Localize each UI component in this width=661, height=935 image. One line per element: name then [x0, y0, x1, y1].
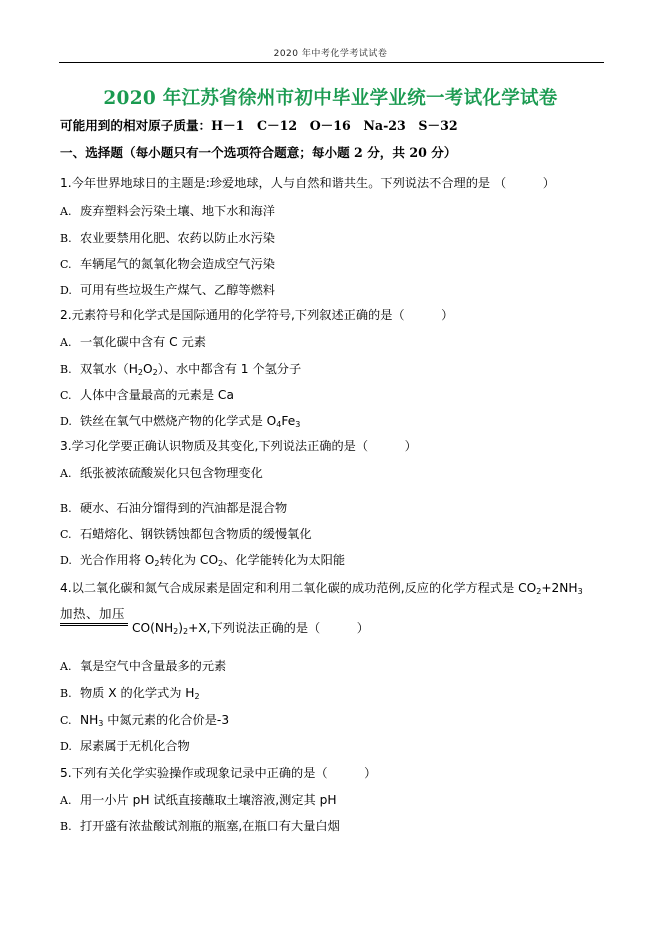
option-text: 双氧水（H — [80, 362, 138, 376]
subscript: 2 — [194, 692, 199, 701]
question-1-option-b: B.农业要禁用化肥、农药以防止水污染 — [60, 230, 275, 247]
option-text: 物质 X 的化学式为 H — [80, 686, 194, 700]
question-3-stem: 3.学习化学要正确认识物质及其变化,下列说法正确的是（ ） — [60, 438, 417, 454]
option-letter: A. — [60, 659, 80, 675]
option-text: 光合作用将 O — [80, 553, 154, 567]
answer-blank: （ ） — [356, 439, 417, 453]
option-text: 尿素属于无机化合物 — [80, 739, 190, 753]
subscript: 3 — [295, 420, 300, 429]
option-letter: C. — [60, 713, 80, 729]
chemical-equation: 加热、加压 CO(NH2)2+X,下列说法正确的是（ ） — [60, 603, 128, 626]
reaction-condition: 加热、加压 — [60, 604, 128, 626]
option-letter: A. — [60, 466, 80, 482]
option-letter: A. — [60, 204, 80, 220]
option-text: O — [143, 362, 153, 376]
atomic-masses-label: 可能用到的相对原子质量： — [60, 118, 211, 133]
option-text: ）、水中都含有 1 个氢分子 — [158, 362, 301, 376]
answer-blank: （ ） — [308, 621, 369, 635]
option-letter: C. — [60, 388, 80, 404]
equation-product: CO(NH2)2+X,下列说法正确的是（ ） — [132, 619, 369, 636]
option-letter: A. — [60, 335, 80, 351]
option-letter: C. — [60, 257, 80, 273]
option-letter: B. — [60, 362, 80, 378]
question-4-option-d: D.尿素属于无机化合物 — [60, 738, 190, 755]
question-3-option-c: C.石蜡熔化、钢铁锈蚀都包含物质的缓慢氧化 — [60, 526, 312, 543]
option-text: 、化学能转化为太阳能 — [223, 553, 345, 567]
option-text: Fe — [281, 414, 295, 428]
option-text: 车辆尾气的氮氧化物会造成空气污染 — [80, 257, 275, 271]
option-text: 铁丝在氧气中燃烧产物的化学式是 O — [80, 414, 276, 428]
question-1-option-a: A.废弃塑料会污染土壤、地下水和海洋 — [60, 203, 275, 220]
option-letter: B. — [60, 501, 80, 517]
question-3-option-a: A.纸张被浓硫酸炭化只包含物理变化 — [60, 465, 263, 482]
document-title: 2020 年江苏省徐州市初中毕业学业统一考试化学试卷 — [0, 84, 661, 110]
option-letter: B. — [60, 686, 80, 702]
question-stem-text: 2.元素符号和化学式是国际通用的化学符号,下列叙述正确的是 — [60, 308, 392, 322]
question-stem-text: +2NH — [541, 581, 577, 595]
option-letter: B. — [60, 819, 80, 835]
question-stem-text: 1.今年世界地球日的主题是:珍爱地球，人与自然和谐共生。下列说法不合理的是 — [60, 176, 490, 190]
option-letter: A. — [60, 793, 80, 809]
question-2-option-b: B.双氧水（H2O2）、水中都含有 1 个氢分子 — [60, 361, 301, 378]
option-text: 氧是空气中含量最多的元素 — [80, 659, 226, 673]
option-text: NH — [80, 713, 98, 727]
question-5-stem: 5.下列有关化学实验操作或现象记录中正确的是（ ） — [60, 765, 376, 781]
option-letter: D. — [60, 739, 80, 755]
option-text: 废弃塑料会污染土壤、地下水和海洋 — [80, 204, 275, 218]
answer-blank: （ ） — [494, 176, 555, 190]
option-text: 纸张被浓硫酸炭化只包含物理变化 — [80, 466, 263, 480]
question-2-stem: 2.元素符号和化学式是国际通用的化学符号,下列叙述正确的是（ ） — [60, 307, 453, 323]
option-letter: D. — [60, 553, 80, 569]
option-text: 硬水、石油分馏得到的汽油都是混合物 — [80, 501, 287, 515]
atomic-masses-line: 可能用到的相对原子质量：H－1 C－12 O－16 Na-23 S－32 — [60, 118, 458, 134]
option-letter: D. — [60, 283, 80, 299]
answer-blank: （ ） — [315, 766, 376, 780]
option-text: 打开盛有浓盐酸试剂瓶的瓶塞,在瓶口有大量白烟 — [80, 819, 340, 833]
question-2-option-a: A.一氧化碳中含有 C 元素 — [60, 334, 206, 351]
header-divider — [59, 62, 604, 63]
question-3-option-b: B.硬水、石油分馏得到的汽油都是混合物 — [60, 500, 287, 517]
answer-blank: （ ） — [392, 308, 453, 322]
question-3-option-d: D.光合作用将 O2转化为 CO2、化学能转化为太阳能 — [60, 552, 345, 569]
question-5-option-a: A.用一小片 pH 试纸直接蘸取土壤溶液,测定其 pH — [60, 792, 337, 809]
option-text: 石蜡熔化、钢铁锈蚀都包含物质的缓慢氧化 — [80, 527, 312, 541]
option-letter: C. — [60, 527, 80, 543]
option-text: 可用有些垃圾生产煤气、乙醇等燃料 — [80, 283, 275, 297]
section-heading: 一、选择题（每小题只有一个选项符合题意；每小题 2 分，共 20 分） — [60, 145, 456, 161]
question-1-stem: 1.今年世界地球日的主题是:珍爱地球，人与自然和谐共生。下列说法不合理的是 （ … — [60, 175, 555, 191]
question-4-stem: 4.以二氧化碳和氮气合成尿素是固定和利用二氧化碳的成功范例,反应的化学方程式是 … — [60, 580, 583, 596]
question-4-option-c: C.NH3 中氮元素的化合价是-3 — [60, 712, 229, 729]
question-4-option-b: B.物质 X 的化学式为 H2 — [60, 685, 200, 702]
option-text: 一氧化碳中含有 C 元素 — [80, 335, 206, 349]
question-2-option-d: D.铁丝在氧气中燃烧产物的化学式是 O4Fe3 — [60, 413, 300, 430]
question-1-option-d: D.可用有些垃圾生产煤气、乙醇等燃料 — [60, 282, 275, 299]
running-header: 2020 年中考化学考试试卷 — [0, 46, 661, 59]
question-5-option-b: B.打开盛有浓盐酸试剂瓶的瓶塞,在瓶口有大量白烟 — [60, 818, 340, 835]
question-2-option-c: C.人体中含量最高的元素是 Ca — [60, 387, 234, 404]
product-text: +X,下列说法正确的是 — [188, 621, 308, 635]
option-text: 人体中含量最高的元素是 Ca — [80, 388, 234, 402]
option-letter: D. — [60, 414, 80, 430]
option-letter: B. — [60, 231, 80, 247]
question-stem-text: 4.以二氧化碳和氮气合成尿素是固定和利用二氧化碳的成功范例,反应的化学方程式是 … — [60, 581, 536, 595]
option-text: 农业要禁用化肥、农药以防止水污染 — [80, 231, 275, 245]
question-stem-text: 5.下列有关化学实验操作或现象记录中正确的是 — [60, 766, 315, 780]
option-text: 转化为 CO — [160, 553, 219, 567]
question-1-option-c: C.车辆尾气的氮氧化物会造成空气污染 — [60, 256, 275, 273]
option-text: 中氮元素的化合价是-3 — [103, 713, 229, 727]
product-text: CO(NH — [132, 621, 173, 635]
question-stem-text: 3.学习化学要正确认识物质及其变化,下列说法正确的是 — [60, 439, 356, 453]
option-text: 用一小片 pH 试纸直接蘸取土壤溶液,测定其 pH — [80, 793, 337, 807]
question-4-option-a: A.氧是空气中含量最多的元素 — [60, 658, 226, 675]
subscript: 3 — [578, 587, 583, 596]
atomic-masses-values: H－1 C－12 O－16 Na-23 S－32 — [211, 118, 458, 133]
